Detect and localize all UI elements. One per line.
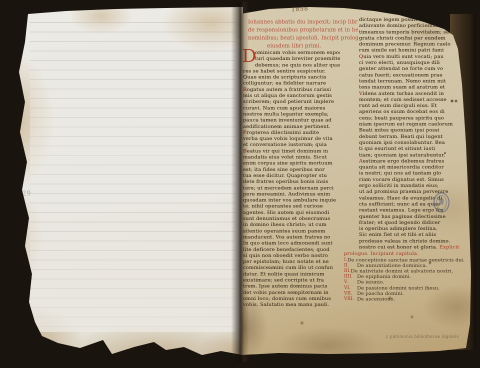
text-line: commisceamini cum illo ut confun (243, 265, 340, 271)
text-line: scriberem; quod petierunt implere (243, 99, 340, 105)
text-line: quenter has paginas dilectissime (359, 214, 453, 220)
text-line: vobis. Salutatio mea manu pauli. (243, 302, 340, 308)
text-column-2: dictaque legem posuit in adiutoadiuvante… (359, 17, 453, 317)
text-line: in domino ihesu christo; ut cum (243, 222, 340, 228)
text-line: pauca tamen inveniuntur quae ad (243, 118, 340, 124)
text-line: enim corpus sine spiritu mortuum (243, 161, 340, 167)
digitization-watermark: c patrimonia bibliothecae digitalis (386, 334, 466, 342)
rubric-line: eiusdem libri primi. (248, 42, 358, 50)
text-line: colliguntur; ea fideliter narrare (243, 81, 340, 87)
left-page-parchment: 29 (6, 6, 243, 356)
text-line: tiam; quoniam ipsi saturabuntur. (359, 152, 453, 158)
rubric-line: nominibus; beati apostoli. Incipit prolo… (248, 34, 358, 42)
text-line: In quo etiam loco admonendi sunt (243, 241, 340, 247)
capitula-item: VIII. De ascensione. (344, 296, 453, 302)
text-column-1: ominicam vobis sermonem exposituri quaed… (243, 50, 340, 314)
rubric-line: de responsionibus prophetarum et in hebr… (248, 26, 358, 34)
manuscript-photo-background: 29 1858 Iohannes abbatis diu inspexit; i… (0, 0, 480, 368)
text-line: Beati mites quoniam ipsi possi (359, 128, 453, 134)
text-line: is nostri; qui nos ad tantam glo (359, 171, 453, 177)
showthrough-ghost-lines (30, 22, 235, 332)
right-page-parchment: 1858 Iohannes abbatis diu inspexit; inci… (239, 4, 475, 356)
page-number: 1858 (291, 6, 331, 18)
text-line: rum simile est homini patri fami (359, 48, 453, 54)
text-line: trem. Ipse autem dominus pacis (243, 284, 340, 290)
text-line: tere; ut mercedem aeternam perci (243, 185, 340, 191)
text-line: genter attendat ne forte cum vo (359, 66, 453, 72)
library-stamp-icon (433, 192, 450, 213)
text-line: turi quaedam breviter praemitte (243, 56, 340, 62)
explicit-line: nostro cui est honor et gloria. Explicit (359, 244, 453, 250)
rubric-heading: Iohannes abbatis diu inspexit; incip lib… (248, 18, 358, 52)
text-line: lite deficere benefacientes; quod (243, 247, 340, 253)
page-number-text: 1858 (291, 3, 331, 13)
text-line: tens manum suam ad aratrum et (359, 85, 453, 91)
text-line: et conversatione iustorum; quia (243, 142, 340, 148)
explicit-black-text: nostro cui est honor et gloria. (359, 244, 438, 250)
text-line: adiuvante domino perficiemus. Nec (359, 23, 453, 29)
rubric-line: Iohannes abbatis diu inspexit; incip lib… (248, 18, 358, 26)
capitula-numeral: VIII. (344, 296, 357, 302)
folio-mark-text: 29 (22, 190, 52, 198)
watermark-text: c patrimonia bibliothecae digitalis (386, 334, 466, 339)
capitula-text: De ascensione. (357, 296, 453, 302)
explicit-red-text: Explicit (439, 244, 459, 250)
folio-pencil-mark: 29 (22, 190, 52, 204)
text-line: dete fratres operibus bonis insis (243, 179, 340, 185)
text-line: aperiens os suum docebat eos di (359, 109, 453, 115)
book-gutter-shadow (231, 2, 249, 362)
